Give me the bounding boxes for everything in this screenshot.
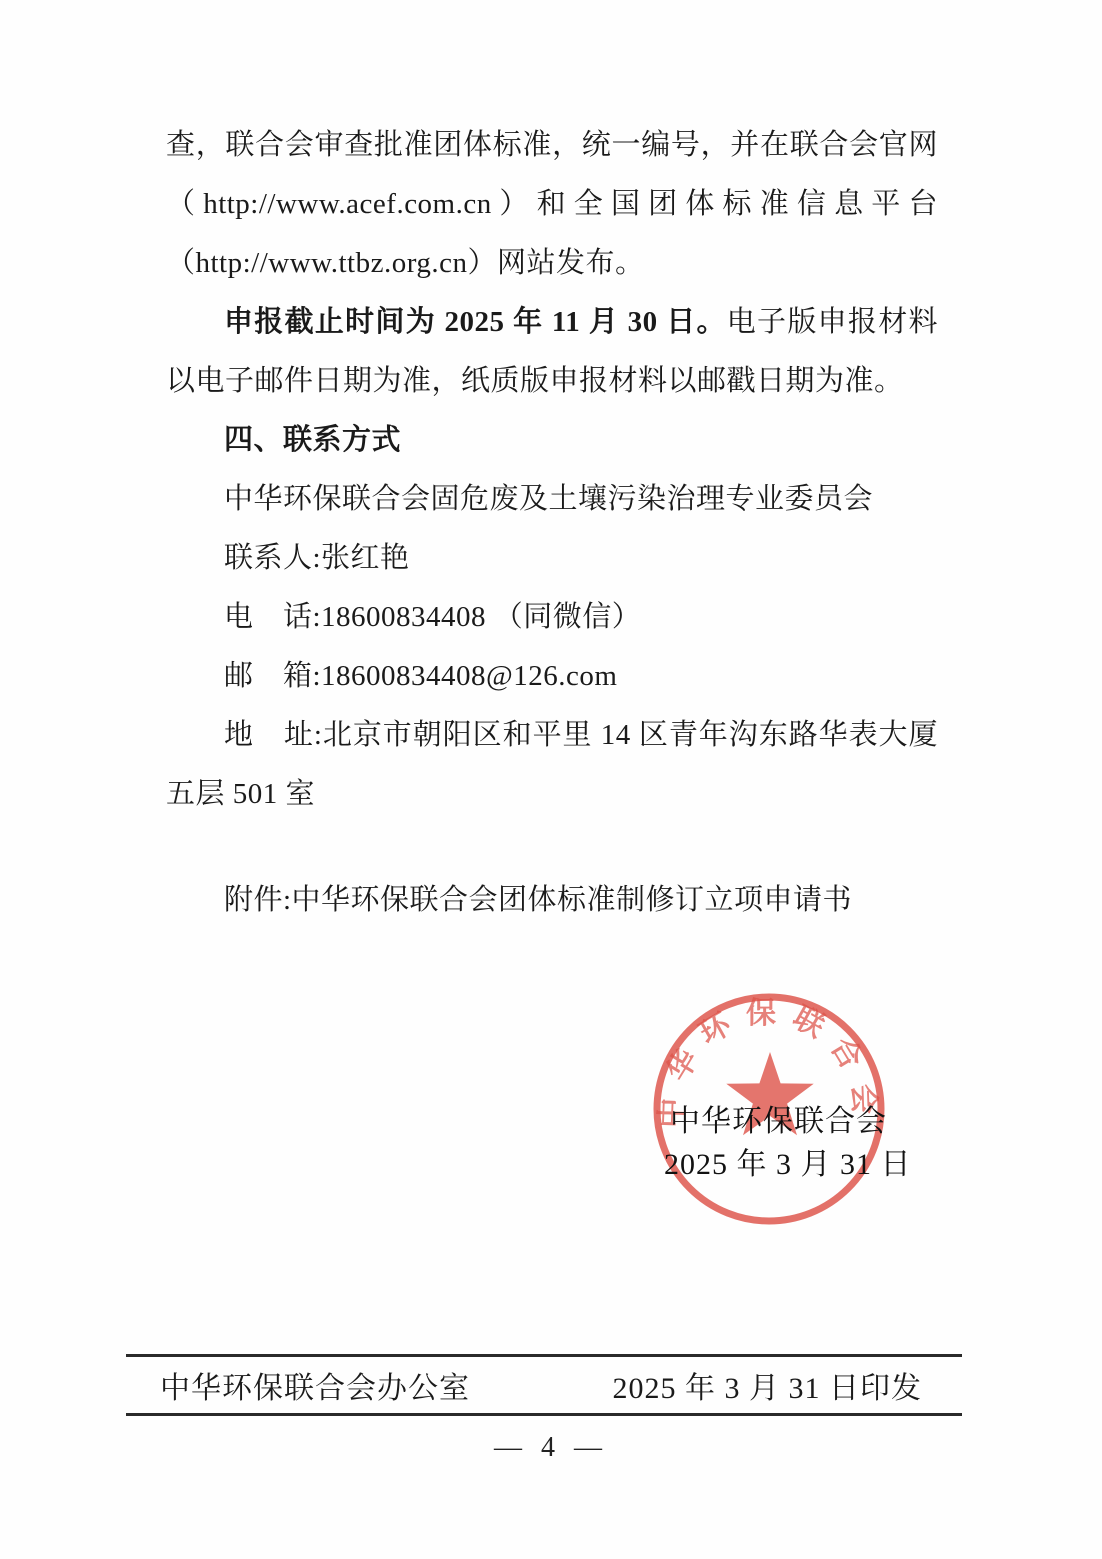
footer-row: 中华环保联合会办公室 2025 年 3 月 31 日印发 — [126, 1366, 962, 1412]
paragraph-line: （http://www.ttbz.org.cn）网站发布。 — [166, 234, 938, 293]
footer-rule-top — [126, 1354, 962, 1357]
signature-block: 中华环保联合会 2025 年 3 月 31 日 — [664, 1100, 912, 1186]
paragraph-line: 申报截止时间为 2025 年 11 月 30 日。电子版申报材料 — [166, 293, 938, 352]
contact-person-line: 联系人:张红艳 — [166, 529, 938, 588]
footer-rule-bottom — [126, 1413, 962, 1416]
email-line: 邮 箱:18600834408@126.com — [166, 647, 938, 706]
paragraph-text: 电子版申报材料 — [727, 306, 938, 338]
footer-office-name: 中华环保联合会办公室 — [160, 1366, 470, 1412]
phone-line: 电 话:18600834408 （同微信） — [166, 588, 938, 647]
committee-name-line: 中华环保联合会固危废及土壤污染治理专业委员会 — [166, 470, 938, 529]
attachment-line: 附件:中华环保联合会团体标准制修订立项申请书 — [166, 871, 938, 930]
address-line-1: 地 址:北京市朝阳区和平里 14 区青年沟东路华表大厦 — [166, 706, 938, 765]
address-line-2: 五层 501 室 — [166, 765, 938, 824]
document-body: 查，联合会审查批准团体标准，统一编号，并在联合会官网 （http://www.a… — [166, 116, 938, 930]
document-page: 查，联合会审查批准团体标准，统一编号，并在联合会官网 （http://www.a… — [0, 0, 1102, 1559]
section-heading-contact: 四、联系方式 — [166, 411, 938, 470]
deadline-text: 申报截止时间为 2025 年 11 月 30 日。 — [224, 306, 727, 338]
footer-issue-date: 2025 年 3 月 31 日印发 — [613, 1366, 923, 1412]
paragraph-line: 以电子邮件日期为准，纸质版申报材料以邮戳日期为准。 — [166, 352, 938, 411]
page-number: — 4 — — [0, 1432, 1102, 1464]
signature-date: 2025 年 3 月 31 日 — [664, 1143, 912, 1186]
paragraph-line: （http://www.acef.com.cn）和全国团体标准信息平台 — [166, 175, 938, 234]
signature-org: 中华环保联合会 — [664, 1100, 912, 1143]
paragraph-line: 查，联合会审查批准团体标准，统一编号，并在联合会官网 — [166, 116, 938, 175]
